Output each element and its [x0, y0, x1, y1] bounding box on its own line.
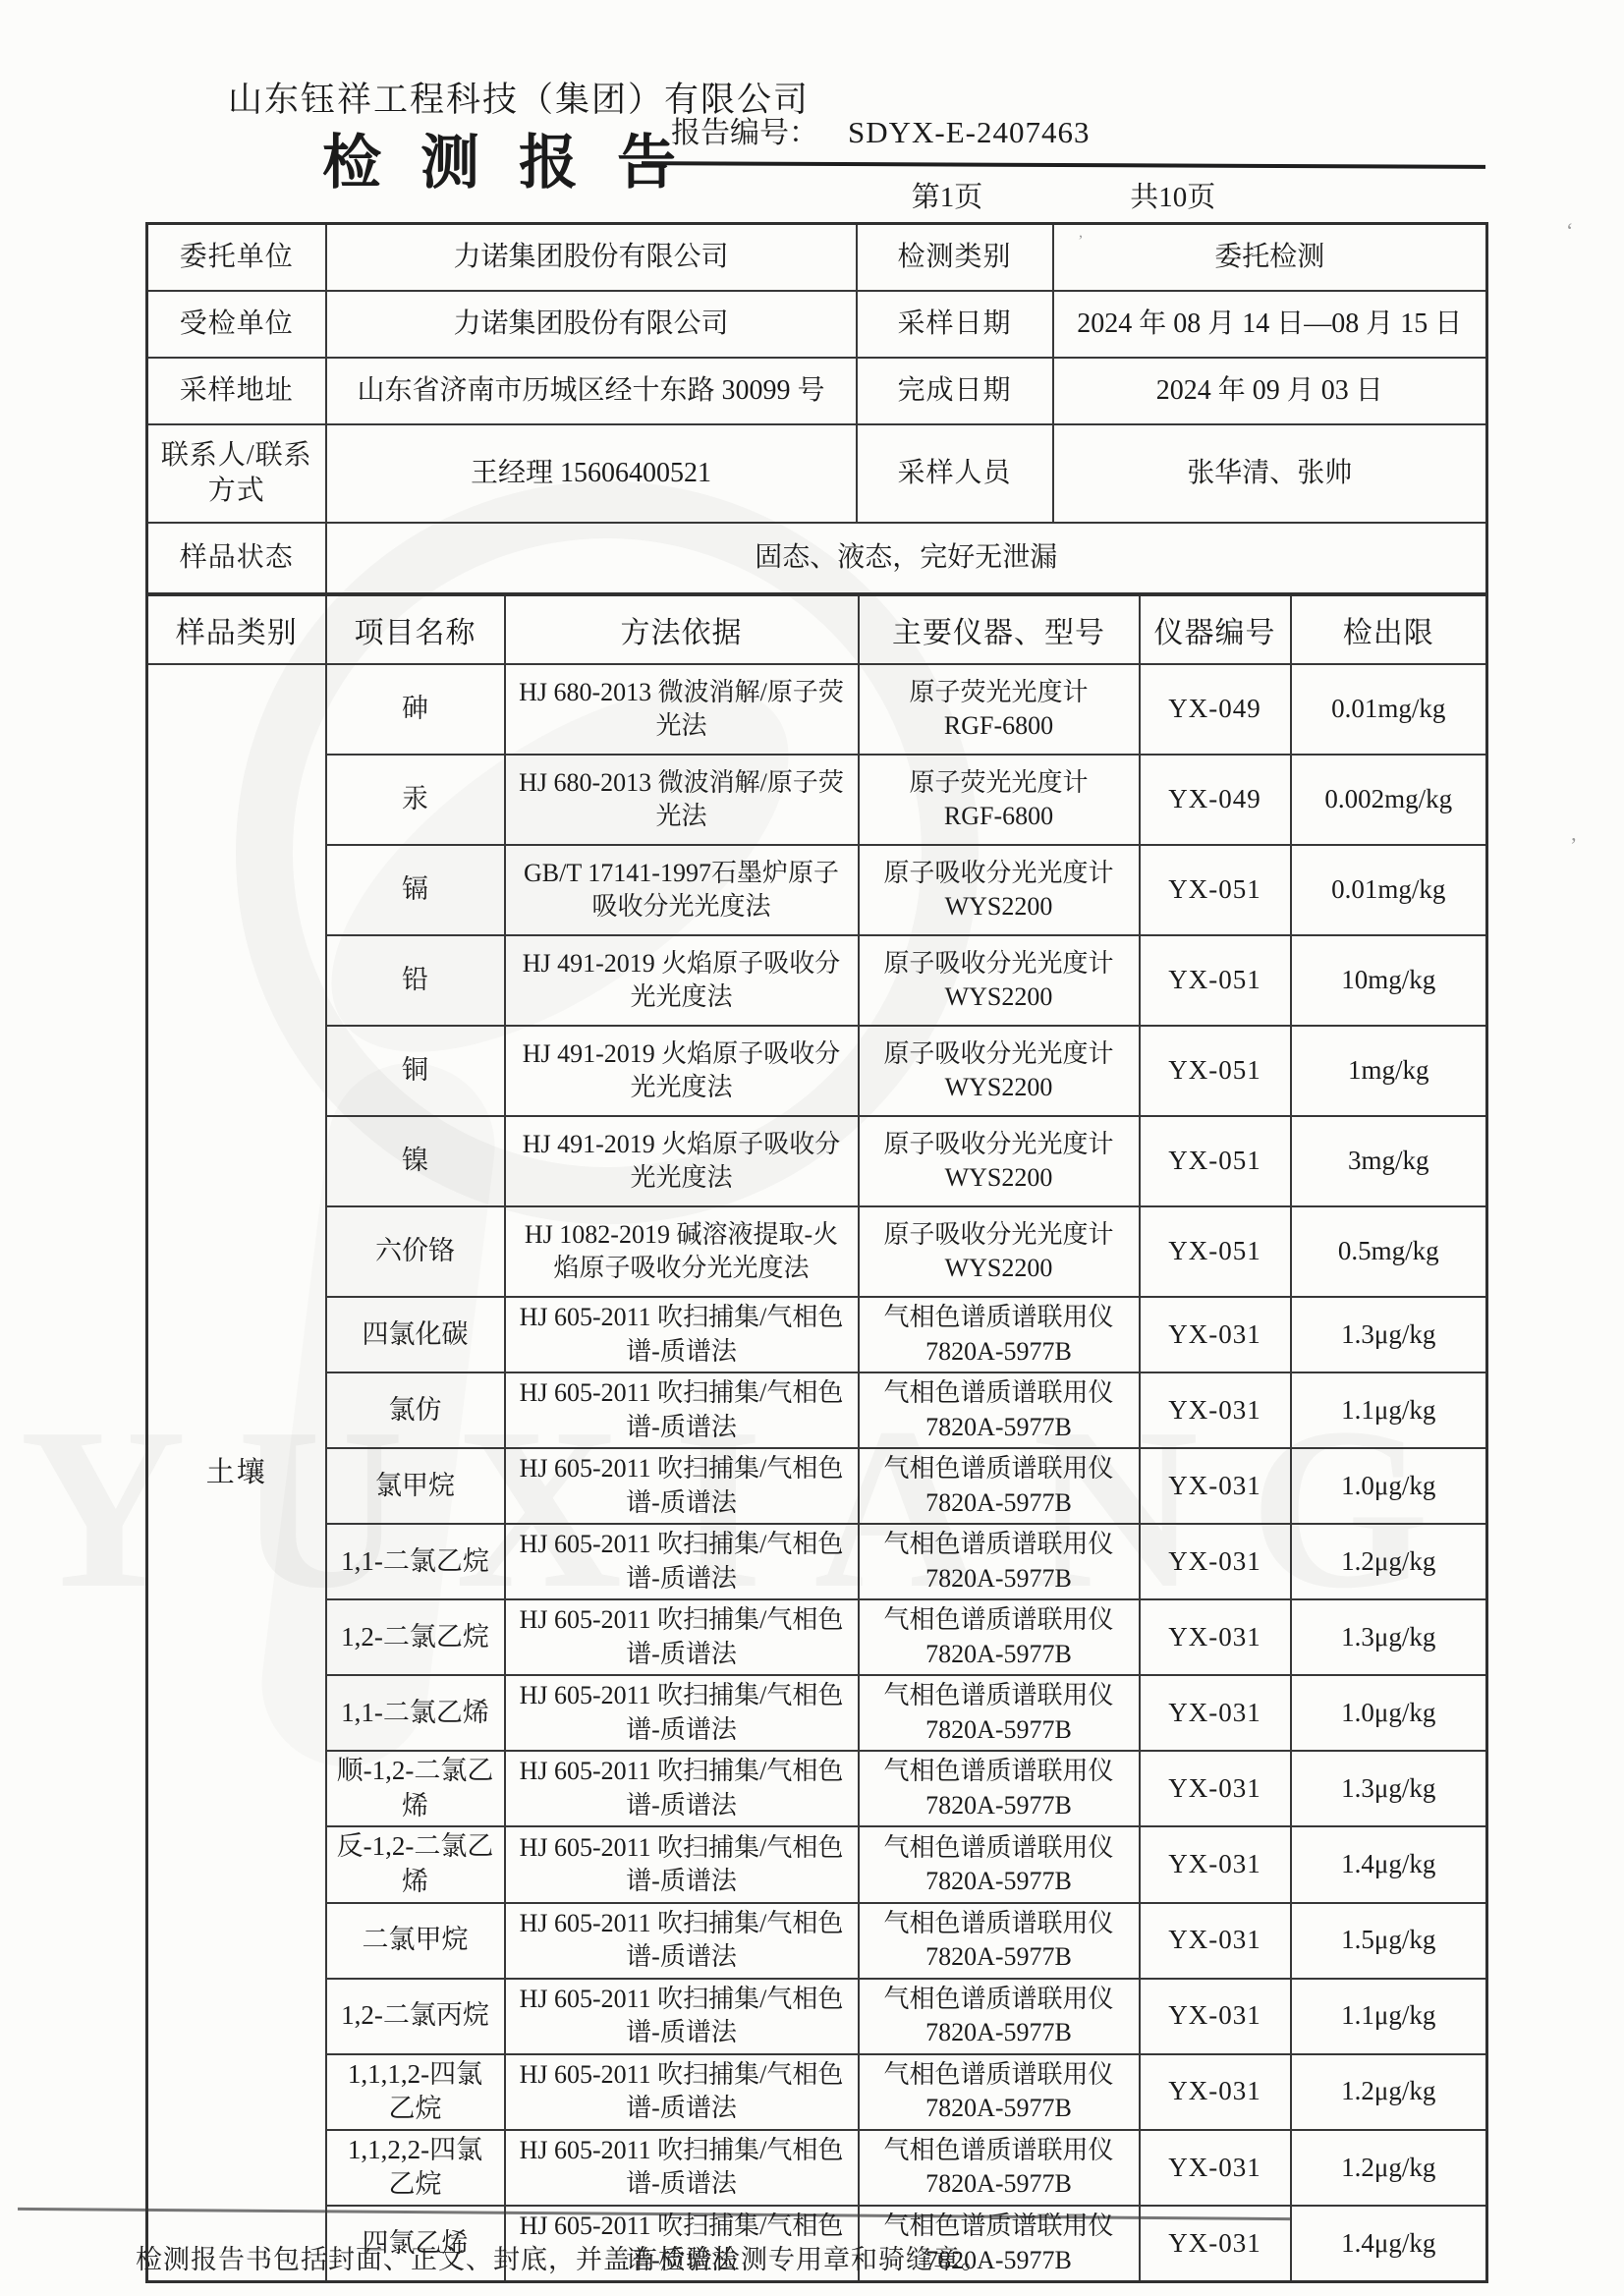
info-value: 委托检测 [1053, 224, 1487, 292]
instrument-model: 7820A-5977B [868, 2092, 1131, 2125]
detection-limit: 1.3μg/kg [1291, 1751, 1487, 1826]
instrument-name: 气相色谱质谱联用仪 [868, 1376, 1131, 1410]
instrument-no: YX-031 [1140, 2130, 1291, 2206]
analyte-name: 1,2-二氯乙烷 [326, 1599, 505, 1675]
method-table: 样品类别 项目名称 方法依据 主要仪器、型号 仪器编号 检出限 土壤砷 HJ 6… [145, 593, 1488, 2283]
report-content: 山东钰祥工程科技（集团）有限公司 检测报告 报告编号： SDYX-E-24074… [145, 57, 1485, 2283]
detection-limit: 1.4μg/kg [1291, 1826, 1487, 1902]
table-row: 镍 HJ 491-2019 火焰原子吸收分光光度法 原子吸收分光光度计 WYS2… [147, 1116, 1487, 1206]
instrument-cell: 原子吸收分光光度计 WYS2200 [859, 935, 1140, 1026]
page-total: 共10页 [1130, 175, 1215, 215]
method-basis: HJ 605-2011 吹扫捕集/气相色谱-质谱法 [505, 1524, 859, 1599]
analyte-name: 1,2-二氯丙烷 [326, 1979, 505, 2054]
instrument-name: 气相色谱质谱联用仪 [868, 2058, 1131, 2092]
scan-speck: ʼ [1570, 833, 1577, 859]
detection-limit: 1.3μg/kg [1291, 1599, 1487, 1675]
instrument-model: 7820A-5977B [868, 1411, 1131, 1444]
instrument-model: 7820A-5977B [868, 1865, 1131, 1898]
instrument-no: YX-031 [1140, 1751, 1291, 1826]
instrument-name: 原子吸收分光光度计 [868, 1128, 1131, 1161]
info-row: 采样地址 山东省济南市历城区经十东路 30099 号 完成日期 2024 年 0… [147, 358, 1487, 424]
info-label: 采样日期 [857, 291, 1053, 358]
analyte-name: 汞 [326, 755, 505, 845]
instrument-name: 气相色谱质谱联用仪 [868, 2134, 1131, 2167]
instrument-cell: 气相色谱质谱联用仪 7820A-5977B [859, 1675, 1140, 1751]
instrument-name: 气相色谱质谱联用仪 [868, 1452, 1131, 1485]
detection-limit: 0.01mg/kg [1291, 845, 1487, 935]
table-row: 六价铬 HJ 1082-2019 碱溶液提取-火焰原子吸收分光光度法 原子吸收分… [147, 1206, 1487, 1297]
instrument-cell: 原子荧光光度计 RGF-6800 [859, 664, 1140, 755]
table-row: 铅 HJ 491-2019 火焰原子吸收分光光度法 原子吸收分光光度计 WYS2… [147, 935, 1487, 1026]
instrument-model: WYS2200 [868, 980, 1131, 1014]
info-value: 力诺集团股份有限公司 [326, 224, 857, 292]
method-basis: HJ 605-2011 吹扫捕集/气相色谱-质谱法 [505, 1826, 859, 1902]
instrument-name: 气相色谱质谱联用仪 [868, 1603, 1131, 1637]
instrument-cell: 原子荧光光度计 RGF-6800 [859, 755, 1140, 845]
table-row: 二氯甲烷 HJ 605-2011 吹扫捕集/气相色谱-质谱法 气相色谱质谱联用仪… [147, 1903, 1487, 1979]
instrument-name: 原子吸收分光光度计 [868, 947, 1131, 980]
instrument-no: YX-051 [1140, 1206, 1291, 1297]
method-basis: HJ 605-2011 吹扫捕集/气相色谱-质谱法 [505, 2130, 859, 2206]
report-no-label: 报告编号： [671, 108, 818, 151]
method-basis: GB/T 17141-1997石墨炉原子吸收分光光度法 [505, 845, 859, 935]
instrument-model: 7820A-5977B [868, 1713, 1131, 1747]
instrument-name: 气相色谱质谱联用仪 [868, 1983, 1131, 2016]
instrument-no: YX-031 [1140, 1448, 1291, 1524]
instrument-cell: 气相色谱质谱联用仪 7820A-5977B [859, 1751, 1140, 1826]
table-row: 土壤砷 HJ 680-2013 微波消解/原子荧光法 原子荧光光度计 RGF-6… [147, 664, 1487, 755]
col-sample-category: 样品类别 [147, 595, 326, 665]
instrument-model: RGF-6800 [868, 800, 1131, 833]
info-label: 联系人/联系方式 [147, 424, 326, 523]
detection-limit: 1.0μg/kg [1291, 1448, 1487, 1524]
header-rule [642, 161, 1485, 169]
table-row: 1,1-二氯乙烯 HJ 605-2011 吹扫捕集/气相色谱-质谱法 气相色谱质… [147, 1675, 1487, 1751]
info-row: 联系人/联系方式 王经理 15606400521 采样人员 张华清、张帅 [147, 424, 1487, 523]
instrument-cell: 气相色谱质谱联用仪 7820A-5977B [859, 2054, 1140, 2130]
instrument-cell: 气相色谱质谱联用仪 7820A-5977B [859, 1448, 1140, 1524]
instrument-no: YX-031 [1140, 1524, 1291, 1599]
method-basis: HJ 680-2013 微波消解/原子荧光法 [505, 755, 859, 845]
instrument-name: 原子吸收分光光度计 [868, 857, 1131, 890]
table-row: 反-1,2-二氯乙烯 HJ 605-2011 吹扫捕集/气相色谱-质谱法 气相色… [147, 1826, 1487, 1902]
info-value: 张华清、张帅 [1053, 424, 1487, 523]
instrument-cell: 原子吸收分光光度计 WYS2200 [859, 1206, 1140, 1297]
method-basis: HJ 605-2011 吹扫捕集/气相色谱-质谱法 [505, 2054, 859, 2130]
detection-limit: 10mg/kg [1291, 935, 1487, 1026]
analyte-name: 镍 [326, 1116, 505, 1206]
table-row: 顺-1,2-二氯乙烯 HJ 605-2011 吹扫捕集/气相色谱-质谱法 气相色… [147, 1751, 1487, 1826]
info-label: 委托单位 [147, 224, 326, 292]
info-label: 检测类别 [857, 224, 1053, 292]
table-row: 氯甲烷 HJ 605-2011 吹扫捕集/气相色谱-质谱法 气相色谱质谱联用仪 … [147, 1448, 1487, 1524]
table-row: 氯仿 HJ 605-2011 吹扫捕集/气相色谱-质谱法 气相色谱质谱联用仪 7… [147, 1372, 1487, 1448]
instrument-no: YX-031 [1140, 1297, 1291, 1372]
method-basis: HJ 491-2019 火焰原子吸收分光光度法 [505, 1026, 859, 1116]
instrument-model: 7820A-5977B [868, 2167, 1131, 2201]
report-meta: 报告编号： SDYX-E-2407463 第1页 共10页 [642, 108, 1485, 215]
analyte-name: 二氯甲烷 [326, 1903, 505, 1979]
instrument-name: 原子吸收分光光度计 [868, 1037, 1131, 1071]
info-label: 采样地址 [147, 358, 326, 424]
instrument-name: 气相色谱质谱联用仪 [868, 1755, 1131, 1788]
col-detection-limit: 检出限 [1291, 595, 1487, 665]
instrument-name: 气相色谱质谱联用仪 [868, 1907, 1131, 1940]
instrument-model: 7820A-5977B [868, 1940, 1131, 1974]
method-basis: HJ 605-2011 吹扫捕集/气相色谱-质谱法 [505, 1675, 859, 1751]
info-table: 委托单位 力诺集团股份有限公司 检测类别 委托检测 受检单位 力诺集团股份有限公… [145, 222, 1488, 595]
instrument-model: 7820A-5977B [868, 1562, 1131, 1596]
instrument-no: YX-031 [1140, 1372, 1291, 1448]
info-value: 力诺集团股份有限公司 [326, 291, 857, 358]
detection-limit: 1.0μg/kg [1291, 1675, 1487, 1751]
instrument-name: 气相色谱质谱联用仪 [868, 1679, 1131, 1712]
col-instrument: 主要仪器、型号 [859, 595, 1140, 665]
detection-limit: 1.2μg/kg [1291, 1524, 1487, 1599]
analyte-name: 顺-1,2-二氯乙烯 [326, 1751, 505, 1826]
report-header: 山东钰祥工程科技（集团）有限公司 检测报告 报告编号： SDYX-E-24074… [145, 57, 1485, 222]
analyte-name: 氯仿 [326, 1372, 505, 1448]
info-label: 受检单位 [147, 291, 326, 358]
method-table-body: 土壤砷 HJ 680-2013 微波消解/原子荧光法 原子荧光光度计 RGF-6… [147, 664, 1487, 2282]
table-row: 1,1,2,2-四氯乙烷 HJ 605-2011 吹扫捕集/气相色谱-质谱法 气… [147, 2130, 1487, 2206]
instrument-no: YX-049 [1140, 755, 1291, 845]
instrument-name: 原子吸收分光光度计 [868, 1218, 1131, 1252]
method-basis: HJ 605-2011 吹扫捕集/气相色谱-质谱法 [505, 1599, 859, 1675]
col-instrument-no: 仪器编号 [1140, 595, 1291, 665]
col-method-basis: 方法依据 [505, 595, 859, 665]
analyte-name: 1,1,2,2-四氯乙烷 [326, 2130, 505, 2206]
analyte-name: 1,1-二氯乙烷 [326, 1524, 505, 1599]
info-value: 固态、液态，完好无泄漏 [326, 523, 1487, 594]
instrument-cell: 原子吸收分光光度计 WYS2200 [859, 845, 1140, 935]
instrument-name: 原子荧光光度计 [868, 676, 1131, 709]
report-page: YUXIANG ʻ ʼ , 山东钰祥工程科技（集团）有限公司 检测报告 报告编号… [0, 0, 1624, 2296]
info-row: 样品状态 固态、液态，完好无泄漏 [147, 523, 1487, 594]
table-row: 1,1-二氯乙烷 HJ 605-2011 吹扫捕集/气相色谱-质谱法 气相色谱质… [147, 1524, 1487, 1599]
method-basis: HJ 605-2011 吹扫捕集/气相色谱-质谱法 [505, 1448, 859, 1524]
instrument-cell: 气相色谱质谱联用仪 7820A-5977B [859, 1372, 1140, 1448]
method-table-header: 样品类别 项目名称 方法依据 主要仪器、型号 仪器编号 检出限 [147, 595, 1487, 665]
page-current: 第1页 [912, 175, 983, 215]
instrument-no: YX-031 [1140, 1599, 1291, 1675]
instrument-model: RGF-6800 [868, 709, 1131, 743]
info-label: 样品状态 [147, 523, 326, 594]
instrument-cell: 气相色谱质谱联用仪 7820A-5977B [859, 2130, 1140, 2206]
analyte-name: 1,1,1,2-四氯乙烷 [326, 2054, 505, 2130]
instrument-model: 7820A-5977B [868, 1638, 1131, 1671]
instrument-cell: 气相色谱质谱联用仪 7820A-5977B [859, 1826, 1140, 1902]
instrument-name: 气相色谱质谱联用仪 [868, 1528, 1131, 1561]
table-row: 1,2-二氯丙烷 HJ 605-2011 吹扫捕集/气相色谱-质谱法 气相色谱质… [147, 1979, 1487, 2054]
method-basis: HJ 680-2013 微波消解/原子荧光法 [505, 664, 859, 755]
info-label: 采样人员 [857, 424, 1053, 523]
table-row: 四氯化碳 HJ 605-2011 吹扫捕集/气相色谱-质谱法 气相色谱质谱联用仪… [147, 1297, 1487, 1372]
detection-limit: 0.5mg/kg [1291, 1206, 1487, 1297]
table-row: 汞 HJ 680-2013 微波消解/原子荧光法 原子荧光光度计 RGF-680… [147, 755, 1487, 845]
analyte-name: 反-1,2-二氯乙烯 [326, 1826, 505, 1902]
analyte-name: 四氯化碳 [326, 1297, 505, 1372]
instrument-name: 气相色谱质谱联用仪 [868, 1831, 1131, 1865]
analyte-name: 1,1-二氯乙烯 [326, 1675, 505, 1751]
instrument-model: 7820A-5977B [868, 2016, 1131, 2049]
instrument-no: YX-031 [1140, 1903, 1291, 1979]
instrument-no: YX-051 [1140, 1116, 1291, 1206]
table-row: 铜 HJ 491-2019 火焰原子吸收分光光度法 原子吸收分光光度计 WYS2… [147, 1026, 1487, 1116]
instrument-no: YX-031 [1140, 1979, 1291, 2054]
instrument-cell: 原子吸收分光光度计 WYS2200 [859, 1116, 1140, 1206]
info-value: 王经理 15606400521 [326, 424, 857, 523]
instrument-no: YX-031 [1140, 2054, 1291, 2130]
instrument-name: 气相色谱质谱联用仪 [868, 1301, 1131, 1334]
detection-limit: 1mg/kg [1291, 1026, 1487, 1116]
analyte-name: 砷 [326, 664, 505, 755]
method-basis: HJ 605-2011 吹扫捕集/气相色谱-质谱法 [505, 1297, 859, 1372]
detection-limit: 1.2μg/kg [1291, 2054, 1487, 2130]
report-no-value: SDYX-E-2407463 [848, 115, 1091, 150]
table-row: 1,1,1,2-四氯乙烷 HJ 605-2011 吹扫捕集/气相色谱-质谱法 气… [147, 2054, 1487, 2130]
instrument-cell: 气相色谱质谱联用仪 7820A-5977B [859, 1599, 1140, 1675]
instrument-no: YX-049 [1140, 664, 1291, 755]
analyte-name: 铜 [326, 1026, 505, 1116]
detection-limit: 1.2μg/kg [1291, 2130, 1487, 2206]
detection-limit: 1.1μg/kg [1291, 1979, 1487, 2054]
instrument-no: YX-031 [1140, 1675, 1291, 1751]
method-basis: HJ 605-2011 吹扫捕集/气相色谱-质谱法 [505, 1903, 859, 1979]
info-label: 完成日期 [857, 358, 1053, 424]
method-basis: HJ 491-2019 火焰原子吸收分光光度法 [505, 1116, 859, 1206]
detection-limit: 3mg/kg [1291, 1116, 1487, 1206]
instrument-no: YX-031 [1140, 1826, 1291, 1902]
detection-limit: 1.5μg/kg [1291, 1903, 1487, 1979]
scan-speck: ʻ [1566, 218, 1573, 244]
instrument-model: WYS2200 [868, 1252, 1131, 1285]
footer-note: 检测报告书包括封面、正文、封底，并盖有检验检测专用章和骑缝章。 [136, 2238, 1511, 2276]
instrument-name: 原子荧光光度计 [868, 766, 1131, 800]
method-basis: HJ 605-2011 吹扫捕集/气相色谱-质谱法 [505, 1372, 859, 1448]
instrument-model: 7820A-5977B [868, 1486, 1131, 1520]
col-item-name: 项目名称 [326, 595, 505, 665]
sample-category-cell: 土壤 [147, 664, 326, 2282]
analyte-name: 氯甲烷 [326, 1448, 505, 1524]
info-value: 2024 年 09 月 03 日 [1053, 358, 1487, 424]
instrument-model: 7820A-5977B [868, 1335, 1131, 1369]
table-row: 镉 GB/T 17141-1997石墨炉原子吸收分光光度法 原子吸收分光光度计 … [147, 845, 1487, 935]
info-value: 2024 年 08 月 14 日—08 月 15 日 [1053, 291, 1487, 358]
table-row: 1,2-二氯乙烷 HJ 605-2011 吹扫捕集/气相色谱-质谱法 气相色谱质… [147, 1599, 1487, 1675]
instrument-cell: 气相色谱质谱联用仪 7820A-5977B [859, 1297, 1140, 1372]
instrument-cell: 气相色谱质谱联用仪 7820A-5977B [859, 1979, 1140, 2054]
instrument-no: YX-051 [1140, 845, 1291, 935]
instrument-model: WYS2200 [868, 1161, 1131, 1195]
info-row: 受检单位 力诺集团股份有限公司 采样日期 2024 年 08 月 14 日—08… [147, 291, 1487, 358]
info-row: 委托单位 力诺集团股份有限公司 检测类别 委托检测 [147, 224, 1487, 292]
instrument-cell: 气相色谱质谱联用仪 7820A-5977B [859, 1903, 1140, 1979]
instrument-model: 7820A-5977B [868, 1789, 1131, 1822]
method-basis: HJ 605-2011 吹扫捕集/气相色谱-质谱法 [505, 1751, 859, 1826]
detection-limit: 0.01mg/kg [1291, 664, 1487, 755]
instrument-model: WYS2200 [868, 1071, 1131, 1104]
analyte-name: 镉 [326, 845, 505, 935]
method-basis: HJ 605-2011 吹扫捕集/气相色谱-质谱法 [505, 1979, 859, 2054]
instrument-cell: 气相色谱质谱联用仪 7820A-5977B [859, 1524, 1140, 1599]
detection-limit: 1.1μg/kg [1291, 1372, 1487, 1448]
detection-limit: 0.002mg/kg [1291, 755, 1487, 845]
detection-limit: 1.3μg/kg [1291, 1297, 1487, 1372]
method-basis: HJ 491-2019 火焰原子吸收分光光度法 [505, 935, 859, 1026]
instrument-model: WYS2200 [868, 890, 1131, 924]
info-value: 山东省济南市历城区经十东路 30099 号 [326, 358, 857, 424]
analyte-name: 六价铬 [326, 1206, 505, 1297]
instrument-no: YX-051 [1140, 935, 1291, 1026]
instrument-cell: 原子吸收分光光度计 WYS2200 [859, 1026, 1140, 1116]
method-basis: HJ 1082-2019 碱溶液提取-火焰原子吸收分光光度法 [505, 1206, 859, 1297]
instrument-no: YX-051 [1140, 1026, 1291, 1116]
analyte-name: 铅 [326, 935, 505, 1026]
